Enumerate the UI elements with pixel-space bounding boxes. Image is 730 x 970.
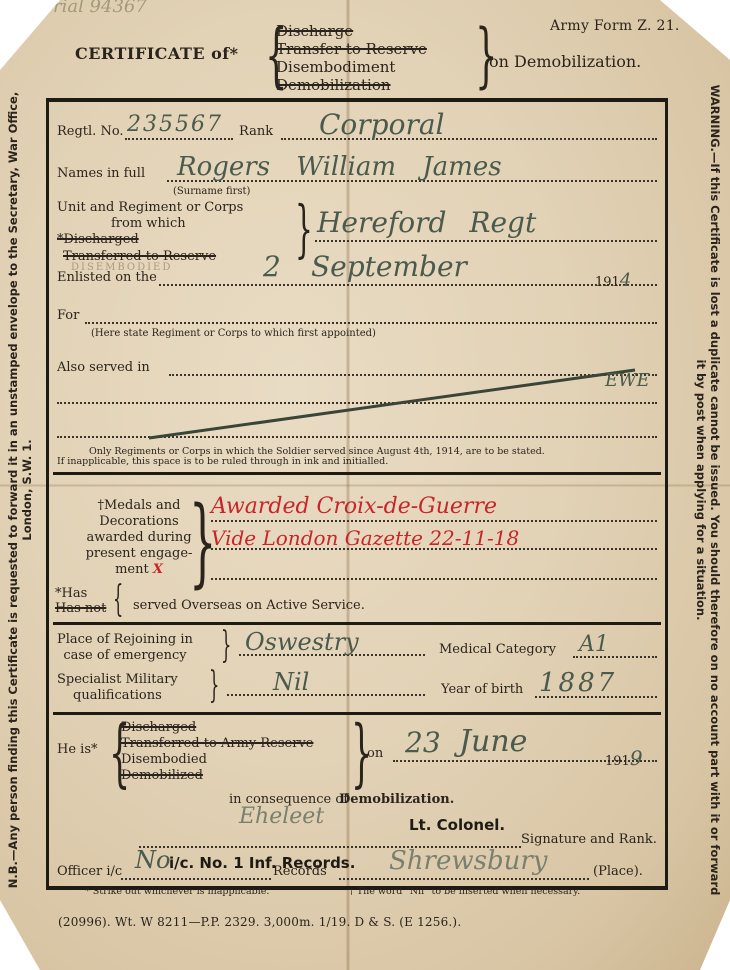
certificate-paper: Serial 94367 Army Form Z. 21. CERTIFICAT… bbox=[0, 0, 730, 970]
footnote-strike-out: * Strike out whichever is inapplicable. bbox=[85, 886, 269, 897]
place-of-records: Shrewsbury bbox=[389, 846, 547, 876]
dots bbox=[85, 322, 657, 324]
unit-label-1: Unit and Regiment or Corps bbox=[57, 200, 243, 215]
officer-hand-no: No bbox=[135, 846, 170, 874]
certificate-frame: Regtl. No. 235567 Rank Corporal Names in… bbox=[46, 98, 668, 890]
dots bbox=[159, 284, 657, 286]
option-disembodiment: Disembodiment bbox=[276, 58, 427, 76]
status-transferred: Transferred to Army Reserve bbox=[121, 736, 313, 752]
side-note-left: N.B.—Any person finding this Certificate… bbox=[6, 80, 34, 900]
dots bbox=[211, 578, 657, 580]
place-suffix-label: (Place). bbox=[593, 864, 643, 879]
also-served-note-2: If inapplicable, this space is to be rul… bbox=[57, 456, 388, 467]
dots bbox=[125, 138, 233, 140]
enlisted-year-prefix: 1914 bbox=[595, 270, 631, 291]
consequence-value: Demobilization. bbox=[339, 792, 454, 807]
unit-label-2: from which bbox=[111, 216, 186, 231]
names-hint: (Surname first) bbox=[173, 186, 250, 197]
section-rule bbox=[53, 622, 661, 625]
regtl-no-value: 235567 bbox=[127, 112, 223, 137]
status-demobilized: Demobilized bbox=[121, 768, 313, 784]
specialist-brace: } bbox=[209, 668, 219, 704]
names-value: Rogers William James bbox=[177, 152, 502, 182]
place-label: Place of Rejoining in case of emergency bbox=[57, 632, 193, 664]
records-label: Records bbox=[273, 864, 327, 879]
printer-imprint: (20996). Wt. W 8211—P.P. 2329. 3,000m. 1… bbox=[58, 915, 461, 929]
rank-label: Rank bbox=[239, 124, 273, 139]
on-label: on bbox=[367, 746, 383, 761]
side-note-right: WARNING.—If this Certificate is lost a d… bbox=[694, 80, 722, 900]
serial-number: Serial 94367 bbox=[30, 0, 147, 17]
unit-value: Hereford Regt bbox=[317, 206, 536, 239]
medals-line-1: Awarded Croix-de-Guerre bbox=[211, 494, 497, 519]
status-date-month: June bbox=[459, 724, 527, 759]
status-discharged: Discharged bbox=[121, 720, 313, 736]
unit-label-3: *Discharged bbox=[57, 232, 139, 247]
has-options: *Has Has not bbox=[55, 586, 106, 616]
he-is-label: He is* bbox=[57, 742, 98, 757]
option-discharge: Discharge bbox=[276, 22, 427, 40]
signature-label: Signature and Rank. bbox=[521, 832, 657, 847]
option-transfer: Transfer to Reserve bbox=[276, 40, 427, 58]
medals-label: †Medals and Decorations awarded during p… bbox=[79, 498, 199, 578]
also-served-initials: EWE bbox=[605, 370, 650, 391]
birth-label: Year of birth bbox=[441, 682, 523, 697]
regtl-no-label: Regtl. No. bbox=[57, 124, 124, 139]
medical-value: A1 bbox=[579, 632, 609, 657]
status-disembodied: Disembodied bbox=[121, 752, 313, 768]
has-brace: { bbox=[113, 582, 123, 618]
status-date-day: 23 bbox=[405, 726, 441, 759]
for-hint: (Here state Regiment or Corps to which f… bbox=[91, 328, 376, 339]
section-rule bbox=[53, 472, 661, 475]
birth-value: 1887 bbox=[539, 668, 617, 698]
enlisted-label: Enlisted on the bbox=[57, 270, 157, 285]
medals-line-2: Vide London Gazette 22-11-18 bbox=[211, 526, 519, 550]
certificate-type-options: Discharge Transfer to Reserve Disembodim… bbox=[276, 22, 427, 94]
ruled-through-line bbox=[139, 364, 639, 444]
medical-label: Medical Category bbox=[439, 642, 556, 657]
names-label: Names in full bbox=[57, 166, 145, 181]
for-label: For bbox=[57, 308, 79, 323]
dots bbox=[227, 694, 425, 696]
specialist-label: Specialist Military qualifications bbox=[57, 672, 178, 704]
officer-signature: Eheleet bbox=[239, 804, 324, 829]
enlisted-day: 2 bbox=[263, 250, 281, 283]
place-brace: } bbox=[221, 628, 231, 664]
also-served-label: Also served in bbox=[57, 360, 150, 375]
footnote-nil: † The word "Nil" to be inserted when nec… bbox=[349, 886, 580, 897]
form-number: Army Form Z. 21. bbox=[550, 18, 680, 34]
dots bbox=[339, 878, 589, 880]
dots bbox=[211, 520, 657, 522]
place-value: Oswestry bbox=[245, 628, 359, 656]
enlisted-month: September bbox=[311, 250, 467, 283]
dots bbox=[121, 878, 271, 880]
overseas-text: served Overseas on Active Service. bbox=[133, 598, 365, 613]
certificate-title: CERTIFICATE of* bbox=[75, 44, 239, 63]
red-x-mark: X bbox=[153, 562, 163, 577]
rank-stamp: Lt. Colonel. bbox=[409, 816, 505, 834]
specialist-value: Nil bbox=[273, 668, 309, 696]
dots bbox=[315, 240, 657, 242]
officer-label: Officer i/c bbox=[57, 864, 122, 879]
records-stamp: i/c. No. 1 Inf. Records. bbox=[169, 854, 355, 872]
certificate-title-suffix: on Demobilization. bbox=[489, 52, 641, 71]
status-options: Discharged Transferred to Army Reserve D… bbox=[121, 720, 313, 784]
option-demobilization: Demobilization bbox=[276, 76, 427, 94]
rank-value: Corporal bbox=[319, 108, 444, 141]
status-year: 1919 bbox=[605, 746, 643, 770]
